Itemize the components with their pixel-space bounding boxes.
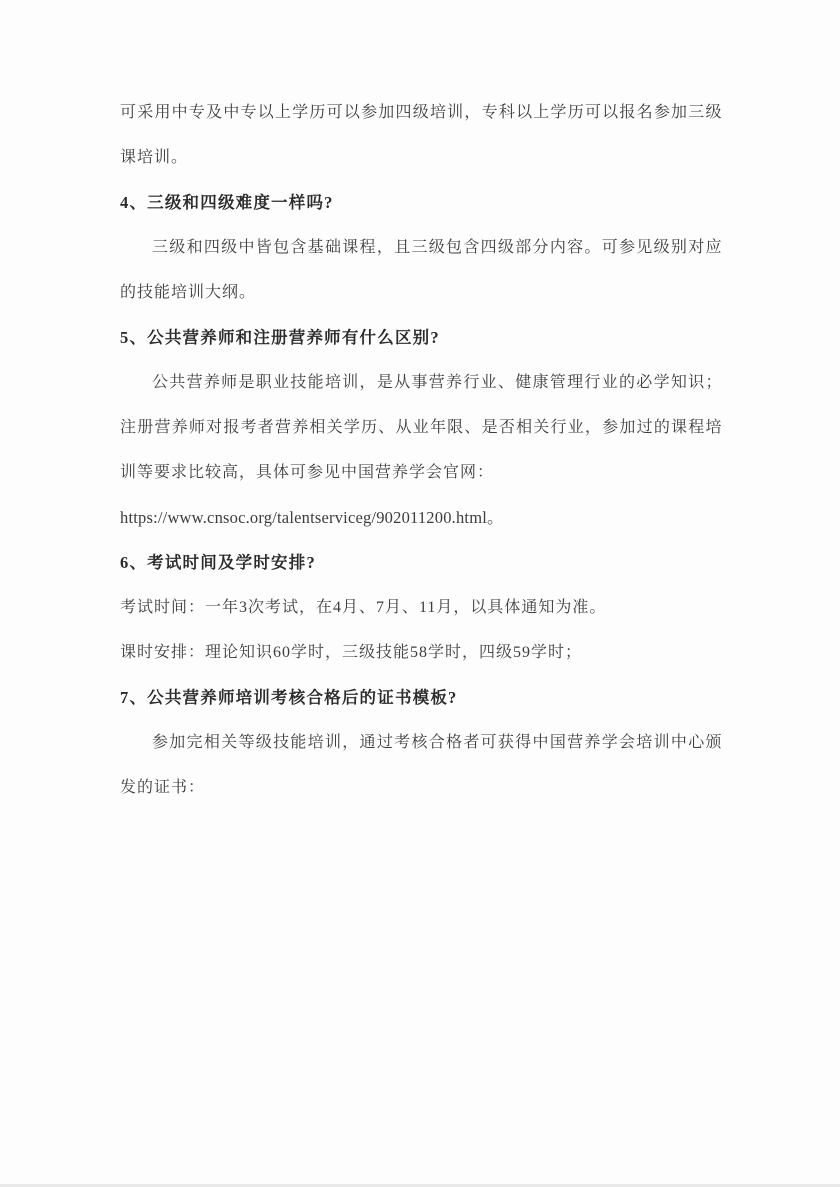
heading-q6: 6、考试时间及学时安排? [120,540,722,585]
heading-q5: 5、公共营养师和注册营养师有什么区别? [120,315,722,360]
heading-q4: 4、三级和四级难度一样吗? [120,180,722,225]
answer-q6-class-hours: 课时安排：理论知识60学时，三级技能58学时，四级59学时； [120,630,722,675]
cnsoc-url-text: https://www.cnsoc.org/talentserviceg/902… [120,495,722,540]
scanned-document-page: { "page": { "background": "#fdfdfd", "bo… [0,0,840,1187]
heading-q7: 7、公共营养师培训考核合格后的证书模板? [120,675,722,720]
answer-q5-line-3: 训等要求比较高，具体可参见中国营养学会官网： [120,450,722,495]
answer-q5-line-1: 公共营养师是职业技能培训，是从事营养行业、健康管理行业的必学知识； [120,360,722,405]
answer-q4-line-1: 三级和四级中皆包含基础课程，且三级包含四级部分内容。可参见级别对应 [120,225,722,270]
answer-q6-exam-time: 考试时间：一年3次考试，在4月、7月、11月，以具体通知为准。 [120,585,722,630]
intro-line-2: 课培训。 [120,135,722,180]
document-content: 可采用中专及中专以上学历可以参加四级培训，专科以上学历可以报名参加三级 课培训。… [120,90,722,810]
answer-q7-line-2: 发的证书： [120,765,722,810]
answer-q5-line-2: 注册营养师对报考者营养相关学历、从业年限、是否相关行业，参加过的课程培 [120,405,722,450]
answer-q4-line-2: 的技能培训大纲。 [120,270,722,315]
document-page: 可采用中专及中专以上学历可以参加四级培训，专科以上学历可以报名参加三级 课培训。… [0,0,840,1187]
answer-q7-line-1: 参加完相关等级技能培训，通过考核合格者可获得中国营养学会培训中心颁 [120,720,722,765]
intro-line-1: 可采用中专及中专以上学历可以参加四级培训，专科以上学历可以报名参加三级 [120,90,722,135]
